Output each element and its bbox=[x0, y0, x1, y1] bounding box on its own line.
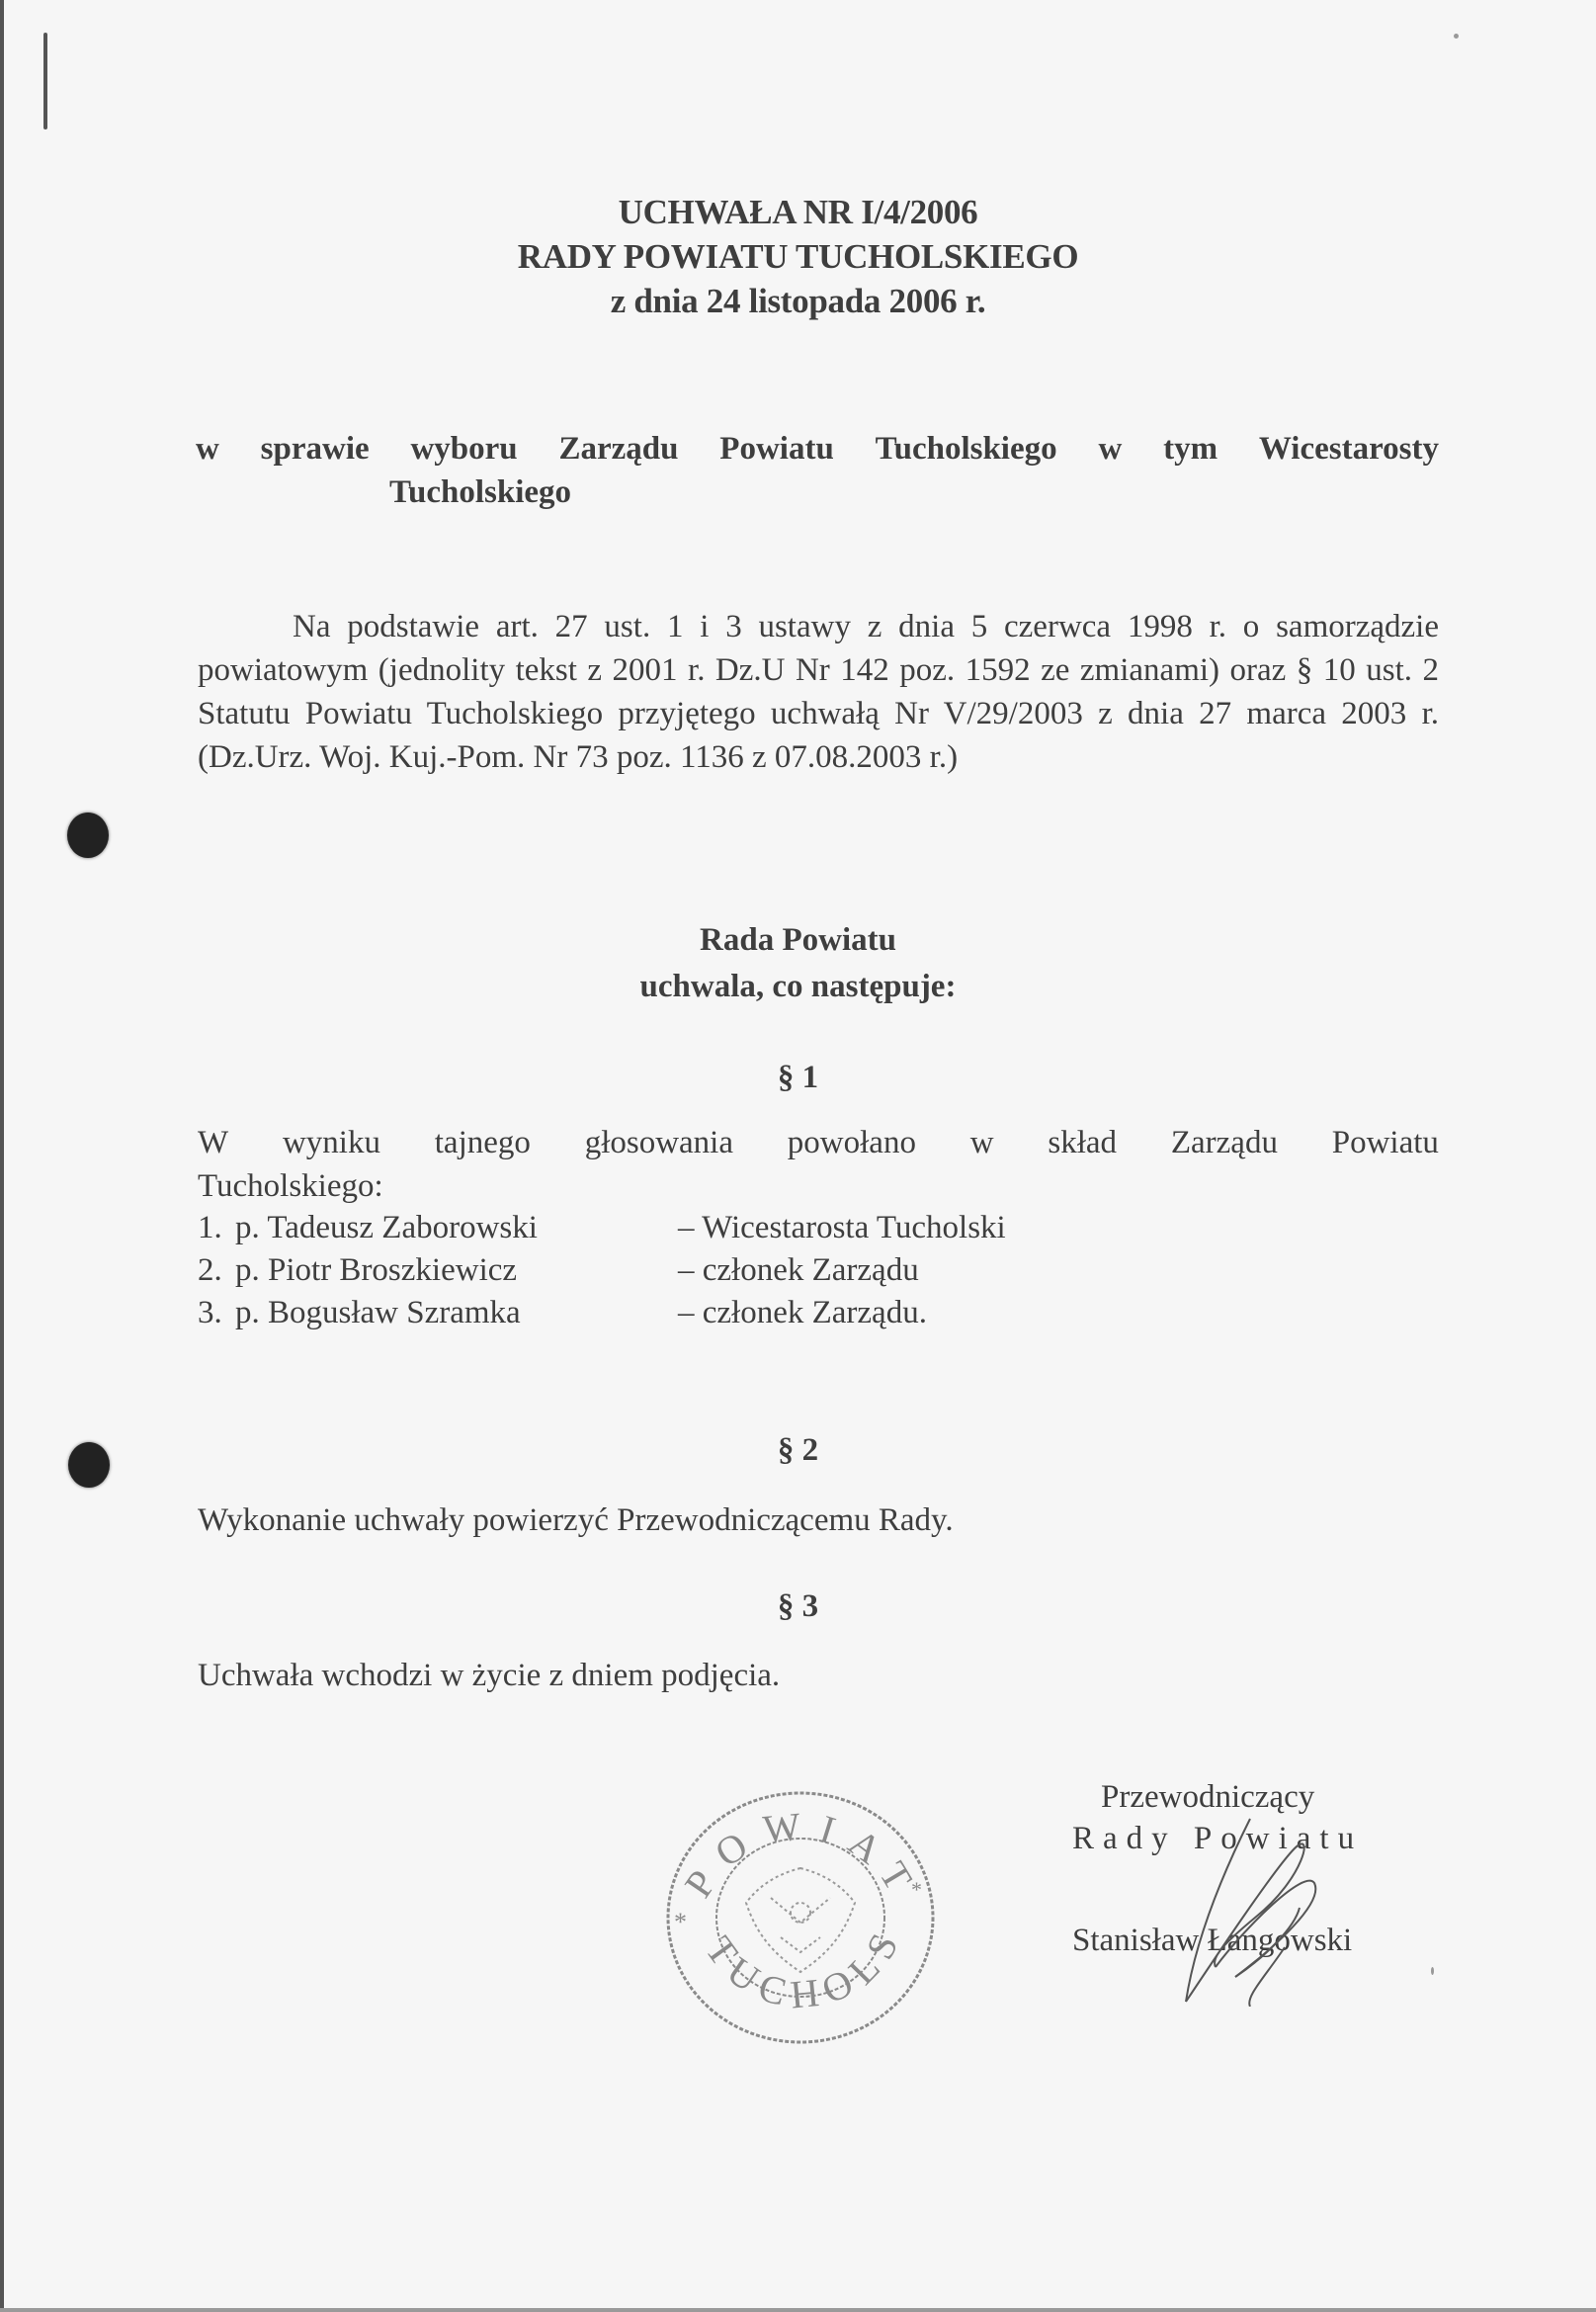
intro-word: W bbox=[198, 1121, 228, 1164]
signature-block: Przewodniczący Rady Powiatu Stanisław Ła… bbox=[1072, 1776, 1428, 1961]
resolution-number: UCHWAŁA NR I/4/2006 bbox=[0, 190, 1596, 234]
subject-word: Powiatu bbox=[719, 427, 834, 471]
page-edge-left bbox=[0, 0, 4, 2312]
section-3-mark: § 3 bbox=[0, 1586, 1596, 1626]
board-members-list: 1. p. Tadeusz Zaborowski – Wicestarosta … bbox=[198, 1207, 1285, 1334]
section-1-mark: § 1 bbox=[0, 1058, 1596, 1097]
list-item: 2. p. Piotr Broszkiewicz – członek Zarzą… bbox=[198, 1249, 1285, 1292]
subject-word: w bbox=[1098, 427, 1122, 471]
document-header: UCHWAŁA NR I/4/2006 RADY POWIATU TUCHOLS… bbox=[0, 190, 1596, 323]
section-1-intro: WwynikutajnegogłosowaniapowołanowskładZa… bbox=[198, 1121, 1439, 1208]
section-2-mark: § 2 bbox=[0, 1430, 1596, 1470]
intro-word: powołano bbox=[788, 1121, 916, 1164]
section-1-intro-line-1: WwynikutajnegogłosowaniapowołanowskładZa… bbox=[198, 1121, 1439, 1164]
subject-word: tym bbox=[1163, 427, 1218, 471]
intro-word: tajnego bbox=[435, 1121, 531, 1164]
staple-mark bbox=[43, 33, 47, 129]
council-heading: Rada Powiatu uchwala, co następuje: bbox=[0, 917, 1596, 1010]
member-role: – członek Zarządu bbox=[678, 1249, 919, 1292]
member-number: 2. bbox=[198, 1249, 235, 1292]
eagle-emblem-icon bbox=[746, 1868, 855, 1972]
subject-word: sprawie bbox=[261, 427, 370, 471]
member-name: p. Tadeusz Zaborowski bbox=[235, 1207, 678, 1249]
member-name: p. Piotr Broszkiewicz bbox=[235, 1249, 678, 1292]
resolution-date: z dnia 24 listopada 2006 r. bbox=[0, 279, 1596, 323]
council-heading-line-1: Rada Powiatu bbox=[0, 917, 1596, 964]
intro-word: wyniku bbox=[283, 1121, 380, 1164]
member-role: – Wicestarosta Tucholski bbox=[678, 1207, 1006, 1249]
legal-basis-paragraph: Na podstawie art. 27 ust. 1 i 3 ustawy z… bbox=[198, 605, 1439, 779]
punch-hole-top bbox=[67, 813, 109, 858]
section-3-text: Uchwała wchodzi w życie z dniem podjęcia… bbox=[198, 1654, 1439, 1697]
member-role: – członek Zarządu. bbox=[678, 1292, 927, 1334]
seal-top-text: POWIAT bbox=[676, 1802, 930, 1911]
subject-word: Zarządu bbox=[558, 427, 678, 471]
resolution-subject: wsprawiewyboruZarząduPowiatuTucholskiego… bbox=[196, 427, 1439, 514]
subject-word: Wicestarosty bbox=[1259, 427, 1439, 471]
council-name: RADY POWIATU TUCHOLSKIEGO bbox=[0, 234, 1596, 279]
scan-speck bbox=[1454, 34, 1459, 39]
member-name: p. Bogusław Szramka bbox=[235, 1292, 678, 1334]
list-item: 1. p. Tadeusz Zaborowski – Wicestarosta … bbox=[198, 1207, 1285, 1249]
council-heading-line-2: uchwala, co następuje: bbox=[0, 964, 1596, 1010]
subject-word: Tucholskiego bbox=[876, 427, 1057, 471]
signatory-name: Stanisław Łangowski bbox=[1072, 1920, 1428, 1961]
section-1-intro-line-2: Tucholskiego: bbox=[198, 1164, 1439, 1208]
page-edge-bottom bbox=[0, 2308, 1596, 2312]
intro-word: w bbox=[970, 1121, 994, 1164]
subject-word: wyboru bbox=[410, 427, 517, 471]
subject-word: w bbox=[196, 427, 219, 471]
subject-line-1: wsprawiewyboruZarząduPowiatuTucholskiego… bbox=[196, 427, 1439, 471]
signatory-title-line-2: Rady Powiatu bbox=[1072, 1818, 1428, 1859]
official-seal-stamp: POWIAT TUCHOLSKI * * bbox=[652, 1774, 949, 2051]
intro-word: skład bbox=[1048, 1121, 1117, 1164]
star-icon: * bbox=[674, 1908, 687, 1936]
member-number: 1. bbox=[198, 1207, 235, 1249]
star-icon: * bbox=[911, 1877, 922, 1902]
intro-word: głosowania bbox=[585, 1121, 733, 1164]
subject-line-2: Tucholskiego bbox=[196, 471, 1439, 514]
list-item: 3. p. Bogusław Szramka – członek Zarządu… bbox=[198, 1292, 1285, 1334]
intro-word: Powiatu bbox=[1332, 1121, 1439, 1164]
signatory-title-line-1: Przewodniczący bbox=[1072, 1776, 1428, 1818]
scan-speck bbox=[1431, 1967, 1434, 1975]
member-number: 3. bbox=[198, 1292, 235, 1334]
intro-word: Zarządu bbox=[1171, 1121, 1278, 1164]
section-2-text: Wykonanie uchwały powierzyć Przewodniczą… bbox=[198, 1499, 1439, 1542]
